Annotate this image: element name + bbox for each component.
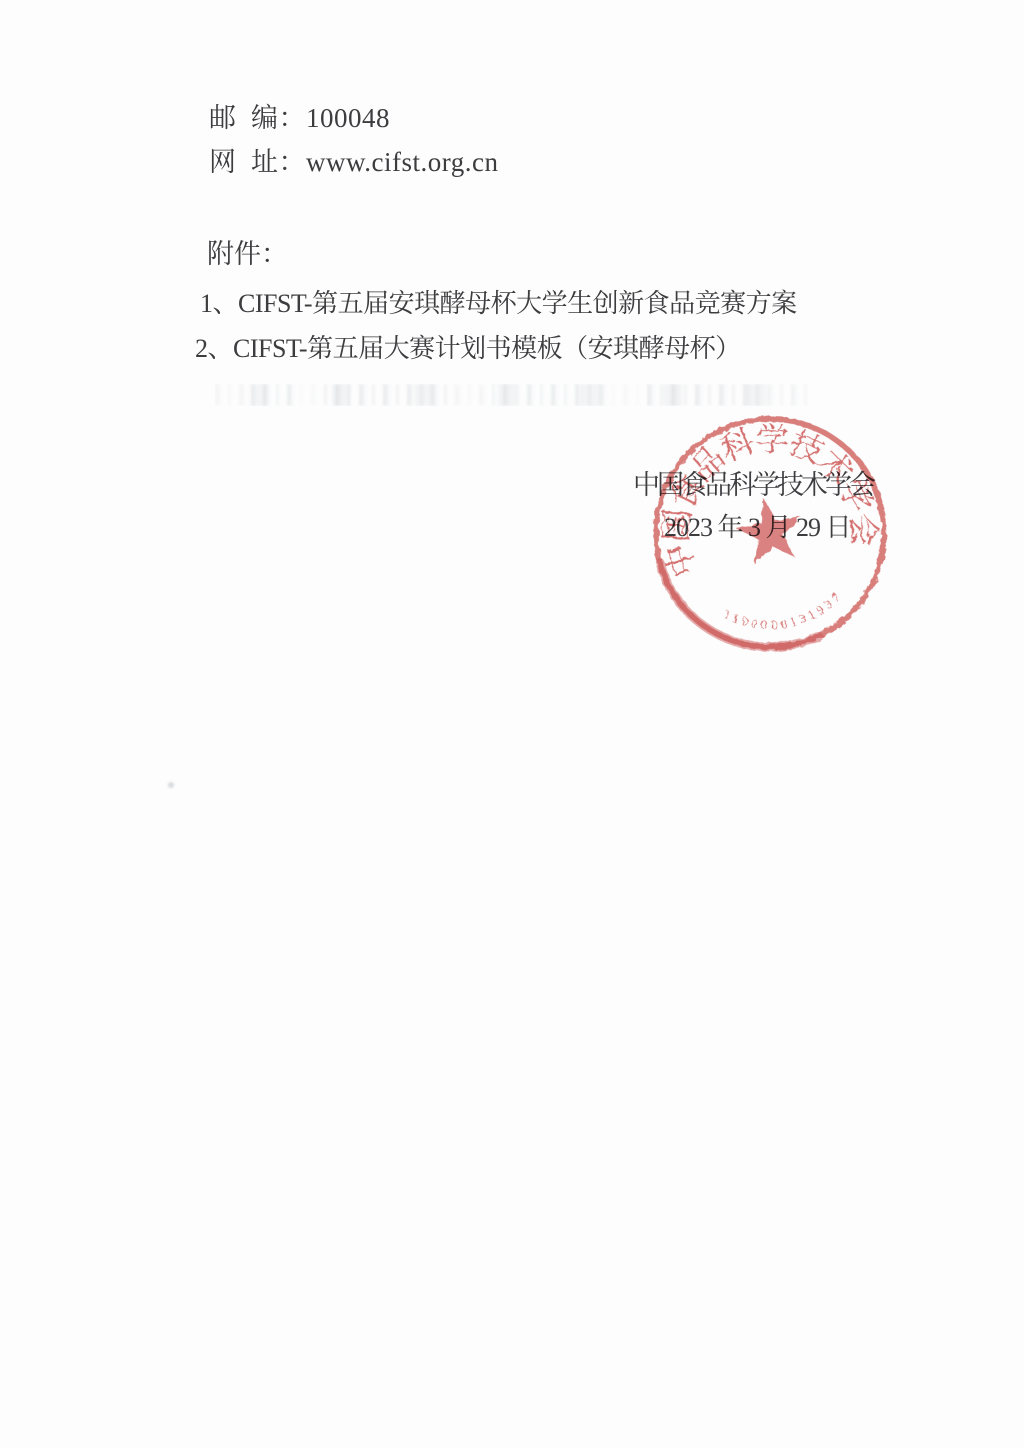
website-label: 网 址： (209, 147, 306, 177)
website-value: www.cifst.org.cn (306, 147, 498, 177)
seal-star-icon (731, 493, 808, 567)
contact-line-postal: 邮 编：100048 (209, 103, 390, 134)
postal-label: 邮 编： (209, 103, 306, 133)
contact-line-website: 网 址：www.cifst.org.cn (209, 147, 498, 178)
seal-ring-text-holder: 中国食品科学技术学会 (640, 403, 886, 583)
official-seal: 中国食品科学技术学会 1100000131937 (640, 403, 900, 663)
attachment-item-1: 1、CIFST-第五届安琪酵母杯大学生创新食品竞赛方案 (200, 289, 797, 319)
seal-ring-text: 中国食品科学技术学会 (640, 403, 886, 583)
postal-value: 100048 (306, 103, 390, 133)
attachment-item-2: 2、CIFST-第五届大赛计划书模板（安琪酵母杯） (195, 334, 741, 364)
attachments-heading: 附件： (207, 239, 288, 270)
paper-speck (168, 782, 174, 788)
scanned-letter-page: 邮 编：100048 网 址：www.cifst.org.cn 附件： 1、CI… (0, 0, 1024, 1448)
